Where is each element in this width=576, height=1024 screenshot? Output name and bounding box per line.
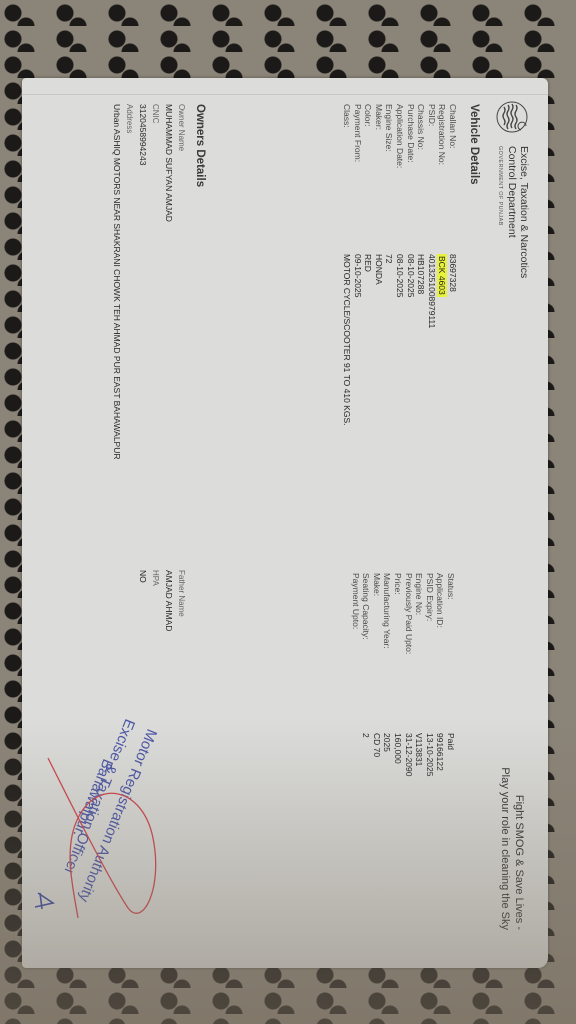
slogan-line1: Fight SMOG & Save Lives - [512, 767, 526, 930]
hpa-value: NO [138, 570, 148, 583]
owner-name: MUHAMMAD SUFYAN AMJAD [164, 104, 174, 222]
address-value: Urban ASHIQ MOTORS NEAR SHAKRANI CHOWK T… [112, 104, 122, 460]
field-value: HONDA [373, 254, 384, 285]
field-value: 2025 [382, 733, 393, 752]
department-name-line2: Control Department [506, 146, 518, 278]
address-label: Address [125, 104, 134, 133]
punjab-government-logo-icon [494, 96, 530, 138]
government-label: GOVERNMENT OF PUNJAB [497, 146, 503, 278]
field-label: Challan No: [447, 104, 458, 148]
field-value: 99166122 [435, 733, 446, 771]
owner-name-label: Owner Name [177, 104, 186, 151]
field-value: MOTOR CYCLE/SCOOTER 91 TO 410 KGS. [341, 254, 352, 425]
field-label: Previously Paid Upto: [403, 573, 414, 654]
field-label: PSID Expiry: [424, 573, 435, 621]
vehicle-details-title: Vehicle Details [468, 104, 480, 185]
cnic-value: 3120458994243 [138, 104, 148, 165]
hpa-label: HPA [151, 570, 160, 586]
field-value: 13-10-2025 [424, 733, 435, 776]
field-value: 4013251008979111 [426, 254, 437, 328]
field-label: Color: [363, 104, 374, 127]
field-label: Price: [392, 573, 403, 595]
slogan-line2: Play your role in cleaning the Sky [498, 767, 512, 930]
field-value: 72 [384, 254, 395, 263]
field-label: Engine Size: [384, 104, 395, 152]
field-value: BCK 4603 [437, 254, 448, 297]
field-label: PSID: [426, 104, 437, 126]
father-name: AMJAD AHMAD [164, 570, 174, 631]
father-name-label: Father Name [177, 570, 186, 617]
official-stamp: Motor Registration Authority Excise & Ta… [28, 718, 168, 948]
paper-fold [22, 94, 548, 95]
field-value: RED [363, 254, 374, 272]
owners-details-title: Owners Details [194, 104, 206, 187]
field-value: 08-10-2025 [405, 254, 416, 297]
field-value: 2 [361, 733, 372, 738]
field-label: Engine No: [414, 573, 425, 615]
field-label: Class: [341, 104, 352, 128]
field-label: Payment Upto: [350, 573, 361, 629]
initials-icon [35, 893, 53, 909]
field-label: Seating Capacity: [361, 573, 372, 640]
field-label: Purchase Date: [405, 104, 416, 163]
field-label: Manufacturing Year: [382, 573, 393, 649]
field-label: Application Date: [394, 104, 405, 168]
field-value: V113831 [414, 733, 425, 766]
smog-slogan: Fight SMOG & Save Lives - Play your role… [498, 767, 526, 930]
field-value: 160,000 [392, 733, 403, 764]
field-value: 09-10-2025 [352, 254, 363, 297]
field-value: HB107288 [416, 254, 427, 294]
field-value: Paid [445, 733, 456, 750]
department-name: Excise, Taxation & Narcotics [518, 146, 530, 278]
field-value: 08-10-2025 [394, 254, 405, 297]
cnic-label: CNIC [151, 104, 160, 124]
field-value: 83697328 [447, 254, 458, 292]
document-header: Excise, Taxation & Narcotics Control Dep… [494, 96, 530, 278]
field-label: Registration No: [437, 104, 448, 165]
field-label: Payment From: [352, 104, 363, 162]
field-label: Application ID: [435, 573, 446, 628]
field-label: Chassis No: [416, 104, 427, 150]
field-label: Maker: [373, 104, 384, 130]
field-value: CD 70 [371, 733, 382, 757]
field-label: Make: [371, 573, 382, 596]
vehicle-token-receipt: Excise, Taxation & Narcotics Control Dep… [22, 78, 548, 968]
field-value: 31-12-2090 [403, 733, 414, 776]
field-label: Status: [445, 573, 456, 599]
